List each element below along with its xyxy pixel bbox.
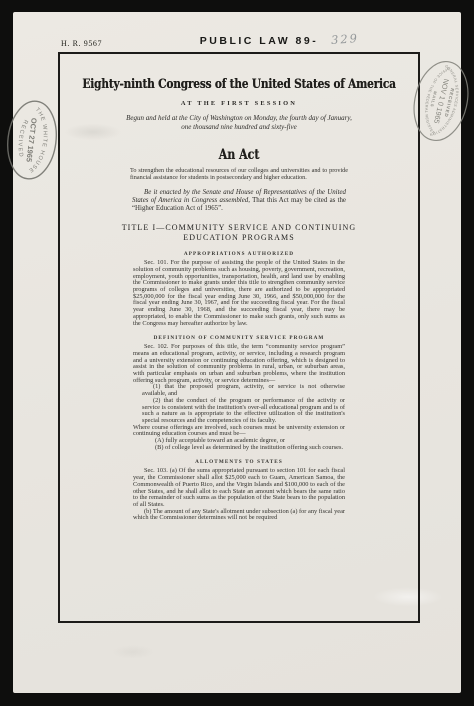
public-law-stamp: PUBLIC LAW 89-: [200, 35, 318, 47]
section-102-item-1: (1) that the proposed program, activity,…: [133, 384, 345, 397]
section-103-b: (b) The amount of any State's allotment …: [133, 509, 345, 522]
heading-definition: DEFINITION OF COMMUNITY SERVICE PROGRAM: [60, 335, 418, 341]
section-103-a: Sec. 103. (a) Of the sums appropriated p…: [133, 468, 345, 508]
section-102-courses: Where course offerings are involved, suc…: [133, 425, 345, 438]
document-border-box: Eighty-ninth Congress of the United Stat…: [58, 52, 420, 623]
section-102-item-b: (B) of college level as determined by th…: [133, 445, 345, 452]
handwritten-law-number: 329: [331, 31, 360, 47]
section-102-item-2: (2) that the conduct of the program or p…: [133, 398, 345, 425]
document-page: H. R. 9567 PUBLIC LAW 89- 329 Eighty-nin…: [13, 12, 461, 693]
title-i-heading: TITLE I—COMMUNITY SERVICE AND CONTINUING…: [114, 223, 364, 243]
begun-line-1: Begun and held at the City of Washington…: [126, 114, 352, 122]
white-house-received-stamp: THE WHITE HOUSE OCT 27 1965 RECEIVED: [0, 95, 64, 185]
scanned-photo-frame: H. R. 9567 PUBLIC LAW 89- 329 Eighty-nin…: [0, 0, 474, 706]
act-purpose: To strengthen the educational resources …: [130, 167, 348, 181]
congress-title: Eighty-ninth Congress of the United Stat…: [60, 77, 418, 92]
begun-and-held-lines: Begun and held at the City of Washington…: [60, 114, 418, 131]
begun-line-2: one thousand nine hundred and sixty-five: [181, 123, 296, 131]
session-line: AT THE FIRST SESSION: [60, 100, 418, 107]
heading-appropriations: APPROPRIATIONS AUTHORIZED: [60, 251, 418, 257]
section-101-text: Sec. 101. For the purpose of assisting t…: [133, 260, 345, 327]
heading-allotments: ALLOTMENTS TO STATES: [60, 459, 418, 465]
section-102-intro: Sec. 102. For purposes of this title, th…: [133, 344, 345, 384]
white-house-stamp-oval: THE WHITE HOUSE OCT 27 1965 RECEIVED: [0, 95, 64, 185]
bill-number: H. R. 9567: [61, 39, 102, 48]
an-act-heading: An Act: [60, 147, 418, 163]
enacting-clause: Be it enacted by the Senate and House of…: [132, 189, 346, 213]
